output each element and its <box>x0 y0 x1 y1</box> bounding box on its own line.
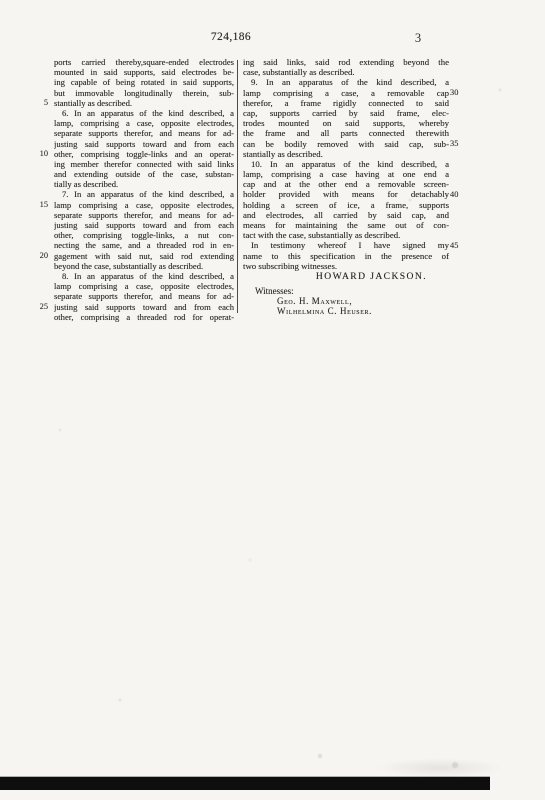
line-number: 10 <box>26 149 48 159</box>
text-line: other, comprising a threaded rod for ope… <box>54 312 234 322</box>
text-line: separate supports therefor, and means fo… <box>54 210 234 220</box>
line-number: 30 <box>450 88 468 98</box>
closing-block: HOWARD JACKSON. Witnesses: Geo. H. Maxwe… <box>243 271 449 317</box>
text-line: can be bodily removed with said cap, sub… <box>243 139 449 149</box>
text-line: lamp comprising a case, opposite electro… <box>54 200 234 210</box>
text-line: gagement with said nut, said rod extendi… <box>54 251 234 261</box>
text-line: two subscribing witnesses. <box>243 261 449 271</box>
text-line: separate supports therefor, and means fo… <box>54 291 234 301</box>
text-line: In testimony whereof I have signed my <box>243 240 449 250</box>
text-line: other, comprising toggle-links, a nut co… <box>54 230 234 240</box>
text-line: lamp, comprising a case, opposite electr… <box>54 118 234 128</box>
text-line: holding a screen of ice, a frame, suppor… <box>243 200 449 210</box>
text-line: 9. In an apparatus of the kind described… <box>243 77 449 87</box>
text-line: name to this specification in the presen… <box>243 251 449 261</box>
text-line: holder provided with means for detachabl… <box>243 189 449 199</box>
line-number: 15 <box>26 200 48 210</box>
text-line: the frame and all parts connected therew… <box>243 128 449 138</box>
text-line: and extending outside of the case, subst… <box>54 169 234 179</box>
text-line: justing said supports toward and from ea… <box>54 220 234 230</box>
line-number: 25 <box>26 302 48 312</box>
scan-edge-bar <box>0 777 490 790</box>
text-line: ing member therefor connected with said … <box>54 159 234 169</box>
text-line: and electrodes, all carried by said cap,… <box>243 210 449 220</box>
text-line: 10. In an apparatus of the kind describe… <box>243 159 449 169</box>
text-line: ing capable of being rotated in said sup… <box>54 77 234 87</box>
text-line: lamp comprising a case, opposite electro… <box>54 281 234 291</box>
text-line: therefor, a frame rigidly connected to s… <box>243 98 449 108</box>
witness-name: Wilhelmina C. Heuser. <box>243 306 449 316</box>
line-number: 35 <box>450 139 468 149</box>
text-line: means for maintaining the same out of co… <box>243 220 449 230</box>
text-line: cap and at the other end a removable scr… <box>243 179 449 189</box>
text-line: 8. In an apparatus of the kind described… <box>54 271 234 281</box>
left-text-column: ports carried thereby,square-ended elect… <box>54 57 234 322</box>
text-line: justing said supports toward and from ea… <box>54 302 234 312</box>
text-line: mounted in said supports, said electrode… <box>54 67 234 77</box>
witnesses-label: Witnesses: <box>243 286 449 296</box>
text-line: necting the same, and a threaded rod in … <box>54 240 234 250</box>
text-line: stantially as described. <box>243 149 449 159</box>
text-line: tially as described. <box>54 179 234 189</box>
text-line: beyond the case, substantially as descri… <box>54 261 234 271</box>
right-text-column: ing said links, said rod extending beyon… <box>243 57 449 271</box>
inventor-signature: HOWARD JACKSON. <box>243 271 449 283</box>
text-line: 6. In an apparatus of the kind described… <box>54 108 234 118</box>
text-line: ports carried thereby,square-ended elect… <box>54 57 234 67</box>
text-line: justing said supports toward and from ea… <box>54 139 234 149</box>
text-line: other, comprising toggle-links and an op… <box>54 149 234 159</box>
column-divider-rule <box>237 60 238 313</box>
line-number: 40 <box>450 190 468 200</box>
line-number: 20 <box>26 251 48 261</box>
line-number: 45 <box>450 241 468 251</box>
page-number: 3 <box>405 31 431 46</box>
witness-name: Geo. H. Maxwell, <box>243 296 449 306</box>
text-line: cap, supports carried by said frame, ele… <box>243 108 449 118</box>
text-line: ing said links, said rod extending beyon… <box>243 57 449 67</box>
text-line: lamp, comprising a case having at one en… <box>243 169 449 179</box>
text-line: tact with the case, substantially as des… <box>243 230 449 240</box>
patent-page-scan: 724,186 3 ports carried thereby,square-e… <box>0 0 545 800</box>
line-number: 5 <box>26 98 48 108</box>
text-line: lamp comprising a case, a removable cap <box>243 88 449 98</box>
text-line: 7. In an apparatus of the kind described… <box>54 189 234 199</box>
text-line: case, substantially as described. <box>243 67 449 77</box>
text-line: stantially as described. <box>54 98 234 108</box>
patent-number: 724,186 <box>0 31 462 43</box>
text-line: separate supports therefor, and means fo… <box>54 128 234 138</box>
text-line: but immovable longitudinally therein, su… <box>54 88 234 98</box>
text-line: trodes mounted on said supports, whereby <box>243 118 449 128</box>
